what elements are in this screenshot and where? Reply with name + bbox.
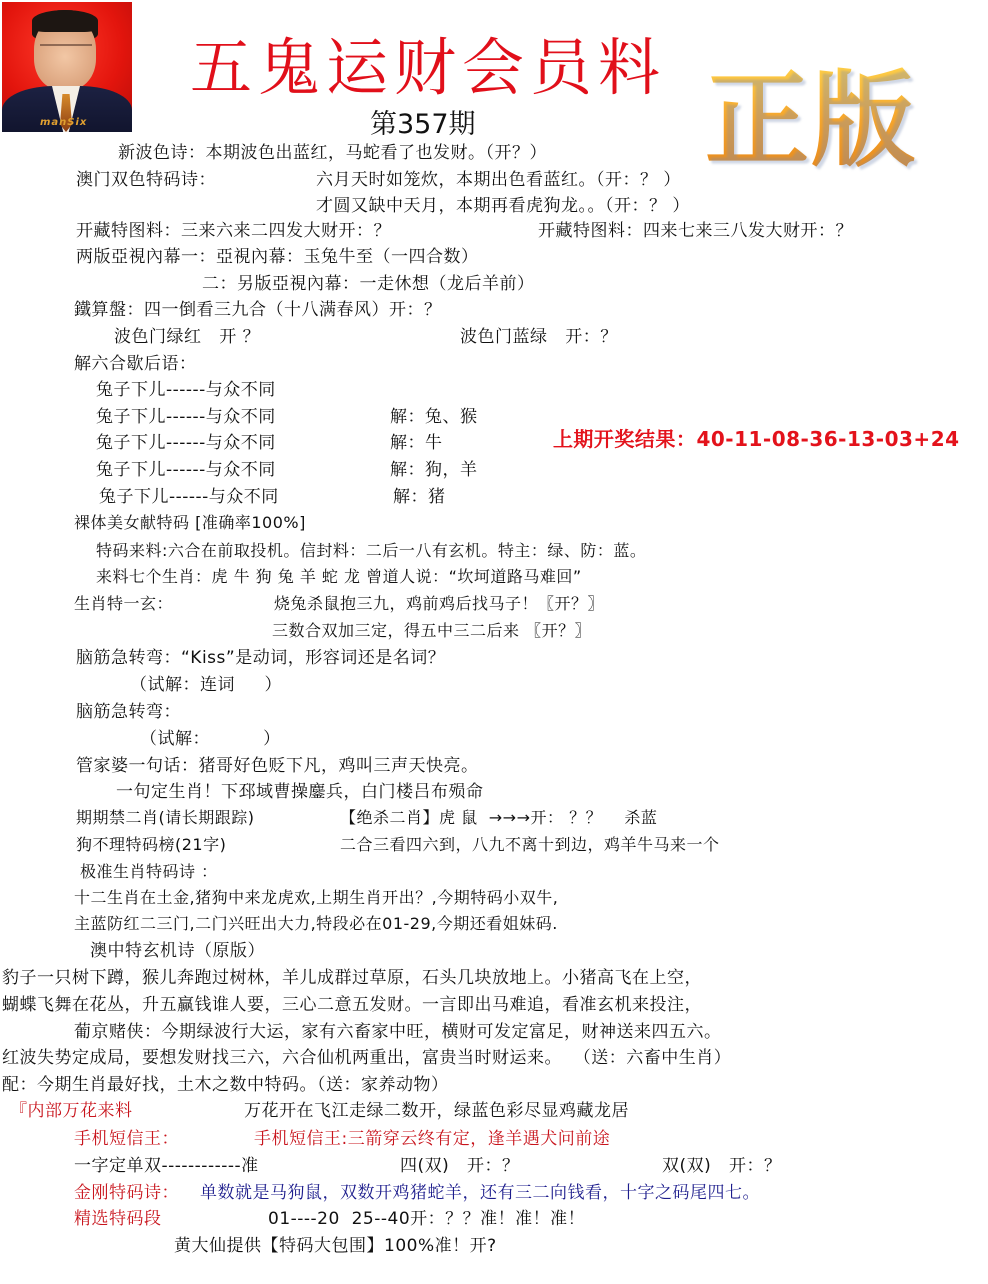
wanhua-label: 『内部万花来料	[10, 1100, 133, 1122]
avatar-hair-top	[32, 10, 98, 32]
wave-blue-green: 波色门蓝绿 开：？	[460, 326, 618, 348]
seven-zodiacs: 来料七个生肖：虎 牛 狗 兔 羊 蛇 龙 曾道人说：“坎坷道路马难回”	[96, 566, 582, 588]
kaicang-chart-1: 开藏特图料：三来六来二四发大财开：？	[76, 220, 391, 242]
pairing-line: 配：今期生肖最好找，土木之数中特码。（送：家养动物）	[2, 1074, 449, 1096]
issue-number: 第357期	[370, 110, 476, 140]
riddle-question: 兔子下儿------与众不同	[99, 486, 279, 508]
macau-poem-label: 澳门双色特码诗：	[76, 169, 216, 191]
sms-king-label: 手机短信王：	[74, 1128, 179, 1150]
zodiac-mystery-line2: 三数合双加三定，得五中三二后来 〖开？〗	[272, 620, 591, 642]
banned-two-label: 期期禁二肖(请长期跟踪)	[76, 807, 255, 829]
riddle-question: 兔子下儿------与众不同	[96, 459, 276, 481]
one-zodiac-line: 一句定生肖！下邳域曹操鏖兵，白门楼吕布殒命	[116, 781, 484, 803]
riddle-question: 兔子下儿------与众不同	[96, 379, 276, 401]
goubuli-label: 狗不理特码榜(21字)	[76, 834, 226, 856]
diamond-poem-content: 单数就是马狗鼠，双数开鸡猪蛇羊，还有三二向钱看，十字之码尾四七。	[200, 1182, 760, 1204]
odd-even-double: 双(双) 开：？	[662, 1155, 781, 1177]
macau-poem-line2: 才圆又缺中天月，本期再看虎狗龙。。（开：？ ）	[316, 195, 690, 217]
atv-insider-1: 两版亞視內幕一：亞視內幕：玉兔牛至（一四合数）	[76, 246, 479, 268]
kaicang-chart-2: 开藏特图料：四来七来三八发大财开：？	[538, 220, 853, 242]
new-wave-poem: 新波色诗：本期波色出蓝红，马蛇看了也发财。（开？）	[118, 142, 547, 164]
odd-even-four: 四(双) 开：？	[400, 1155, 519, 1177]
housekeeper-line: 管家婆一句话：猪哥好色贬下凡，鸡叫三声天快亮。	[76, 755, 479, 777]
diamond-poem-label: 金刚特码诗：	[74, 1182, 179, 1204]
special-code-heading: 裸体美女献特码 [准确率100%]	[74, 512, 306, 534]
iron-abacus: 鐵算盤：四一倒看三九合（十八满春风）开：？	[74, 299, 442, 321]
selected-range-label: 精选特码段	[74, 1208, 162, 1230]
lisboa-gambler-line: 葡京赌侠：今期绿波行大运，家有六畜家中旺，横财可发定富足，财神送来四五六。	[74, 1021, 722, 1043]
red-wave-line: 红波失势定成局，要想发财找三六，六合仙机两重出，富贵当时财运来。 （送：六畜中生…	[2, 1047, 731, 1069]
brain-teaser-2-answer: （试解： ）	[140, 728, 281, 750]
zodiac-poem-line1: 十二生肖在土金,猪狗中来龙虎欢,上期生肖开出？,今期特码小双牛,	[74, 887, 558, 909]
riddle-answer: 解：兔、猴	[390, 406, 478, 428]
riddle-question: 兔子下儿------与众不同	[96, 406, 276, 428]
last-draw-result: 上期开奖结果：40-11-08-36-13-03+24	[538, 400, 960, 452]
wong-tai-sin-line: 黄大仙提供【特码大包围】100%准！开?	[174, 1235, 497, 1257]
brain-teaser-1-answer: （试解：连词 ）	[130, 674, 282, 696]
zodiac-poem-heading: 极准生肖特码诗 ：	[80, 861, 218, 883]
authentic-stamp: 正版	[705, 62, 917, 178]
selected-range-content: 01----20 25--40开：？？准！准！准！	[268, 1208, 585, 1230]
riddle-answer: 解：猪	[393, 486, 446, 508]
goubuli-content: 二合三看四六到，八九不离十到边，鸡羊牛马来一个	[340, 834, 720, 856]
last-draw-numbers: 40-11-08-36-13-03+24	[696, 427, 959, 451]
last-draw-label: 上期开奖结果：	[553, 427, 697, 451]
page-title: 五鬼运财会员料	[190, 30, 666, 106]
riddle-question: 兔子下儿------与众不同	[96, 432, 276, 454]
brain-teaser-1: 脑筋急转弯：“Kiss”是动词，形容词还是名词？	[76, 647, 445, 669]
zodiac-mystery-label: 生肖特一玄：	[74, 593, 173, 615]
wanhua-content: 万花开在飞江走绿二数开，绿蓝色彩尽显鸡藏龙居	[244, 1100, 629, 1122]
riddle-heading: 解六合歇后语：	[74, 353, 197, 375]
banned-two-content: 【绝杀二肖】虎 鼠 →→→开： ？？ 杀蓝	[340, 807, 657, 829]
zodiac-mystery-line1: 烧兔杀鼠抱三九，鸡前鸡后找马子！〖开？〗	[274, 593, 604, 615]
atv-insider-2: 二：另版亞視內幕：一走休想（龙后羊前）	[202, 273, 535, 295]
sms-king-content: 手机短信王:三箭穿云终有定，逢羊遇犬问前途	[254, 1128, 610, 1150]
avatar-brand: manSix	[40, 117, 87, 128]
riddle-answer: 解：牛	[390, 432, 443, 454]
avatar-photo: manSix	[2, 2, 132, 132]
riddle-answer: 解：狗，羊	[390, 459, 478, 481]
macau-poem-line1: 六月天时如笼炊，本期出色看蓝红。（开：？ ）	[316, 169, 681, 191]
macau-mystery-heading: 澳中特玄机诗（原版）	[90, 940, 265, 962]
avatar-glasses	[40, 44, 92, 56]
special-code-source: 特码来料:六合在前取投机。信封料：二后一八有玄机。特主：绿、防：蓝。	[96, 540, 646, 562]
brain-teaser-2: 脑筋急转弯：	[76, 701, 181, 723]
zodiac-poem-line2: 主蓝防红二三门,二门兴旺出大力,特段必在01-29,今期还看姐妹码.	[74, 913, 558, 935]
mystery-poem-line2: 蝴蝶飞舞在花丛，升五赢钱谁人要，三心二意五发财。一言即出马难追，看准玄机来投注，	[2, 994, 702, 1016]
wave-green-red: 波色门绿红 开 ？	[114, 326, 260, 348]
odd-even-label: 一字定单双------------准	[74, 1155, 259, 1177]
mystery-poem-line1: 豹子一只树下蹲，猴儿奔跑过树林，羊儿成群过草原，石头几块放地上。小猪高飞在上空，	[2, 967, 702, 989]
